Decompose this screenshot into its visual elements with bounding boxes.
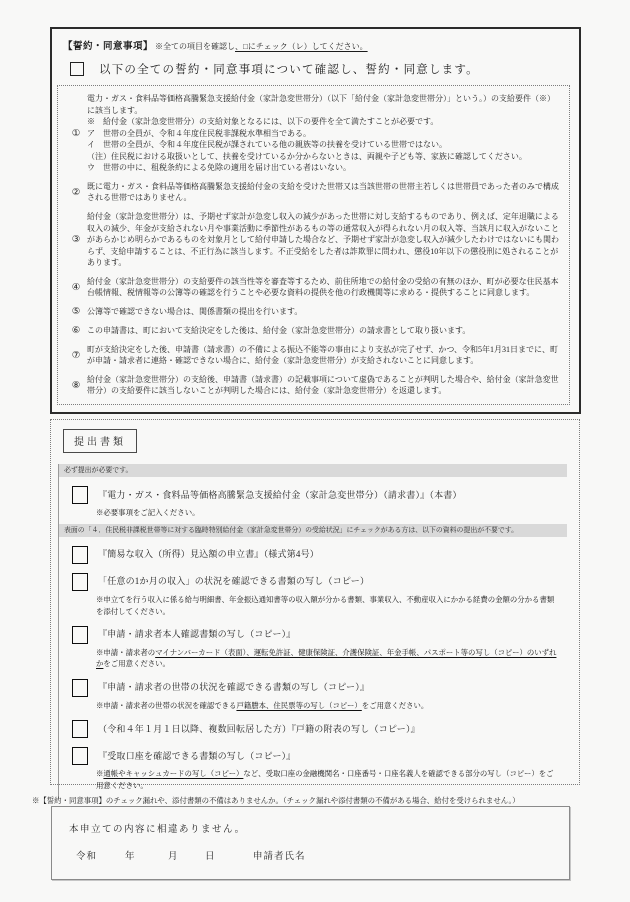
pledge-item-7: ⑦町が支給決定をした後、申請書（請求書）の不備による振込不能等の事由により支払が… [65,342,562,369]
pledge-item-text: 公簿等で確認できない場合は、関係書類の提出を行います。 [87,306,562,318]
document-checkbox[interactable] [72,679,88,697]
pledge-title: 【誓約・同意事項】 [63,42,153,52]
document-row: 「任意の1か月の収入」の状況を確認できる書類の写し（コピー） [72,573,563,591]
pledge-master-row: 以下の全ての誓約・同意事項について確認し、誓約・同意します。 [70,61,569,77]
document-item-2: 『簡易な収入（所得）見込額の申立書』（様式第4号） [63,546,563,564]
documents-checklist: 必ず提出が必要です。『電力・ガス・食料品等価格高騰緊急支援給付金（家計急変世帯分… [58,464,567,800]
declaration-date-row: 令和 年 月 日 申請者氏名 [52,848,569,866]
document-item-7: 『受取口座を確認できる書類の写し（コピー）』※通帳やキャッシュカードの写し（コピ… [63,747,563,791]
document-note: ※申請・請求者の世帯の状況を確認できる戸籍謄本、住民票等の写し（コピー）をご用意… [96,700,557,711]
document-row: 『簡易な収入（所得）見込額の申立書』（様式第4号） [72,546,563,564]
pledge-item-number: ② [65,187,87,198]
document-note: ※申立てを行う収入に係る給与明細書、年金振込通知書等の収入額が分かる書類、事業収… [96,594,557,617]
document-row: 『電力・ガス・食料品等価格高騰緊急支援給付金（家計急変世帯分）（請求書）』（本書… [72,486,563,504]
pledge-item-text: 給付金（家計急変世帯分）の支給要件の該当性等を審査等するため、前住所地での給付金… [87,276,562,299]
pledge-section: 【誓約・同意事項】 ※全ての項目を確認し、□にチェック（レ）してください。 以下… [50,27,581,414]
pledge-items-list: ①電力・ガス・食料品等価格高騰緊急支援給付金（家計急変世帯分）（以下「給付金（家… [57,85,570,405]
document-checkbox[interactable] [72,546,88,564]
document-row: （令和４年１月１日以降、複数回転居した方）『戸籍の附表の写し（コピー）』 [72,720,563,738]
pledge-item-number: ③ [65,234,87,245]
pledge-item-number: ⑤ [65,306,87,317]
declaration-section: 本申立ての内容に相違ありません。 令和 年 月 日 申請者氏名 [51,806,570,880]
document-label: 『申請・請求者本人確認書類の写し（コピー）』 [98,629,296,640]
era-label: 令和 [76,848,97,862]
declaration-statement: 本申立ての内容に相違ありません。 [69,821,246,835]
document-item-5: 『申請・請求者の世帯の状況を確認できる書類の写し（コピー）』※申請・請求者の世帯… [63,679,563,711]
document-item-1: 『電力・ガス・食料品等価格高騰緊急支援給付金（家計急変世帯分）（請求書）』（本書… [63,486,563,518]
pledge-item-text: 給付金（家計急変世帯分）の支給後、申請書（請求書）の記載事項について虚偽であるこ… [87,374,562,397]
document-checkbox[interactable] [72,626,88,644]
pledge-master-label: 以下の全ての誓約・同意事項について確認し、誓約・同意します。 [99,61,479,77]
day-label: 日 [205,848,216,862]
pledge-item-text: 給付金（家計急変世帯分）は、予期せず家計が急変し収入の減少があった世帯に対し支給… [87,211,562,269]
document-checkbox[interactable] [72,720,88,738]
documents-section-title: 提出書類 [63,429,137,453]
pledge-item-6: ⑥この申請書は、町において支給決定をした後は、給付金（家計急変世帯分）の請求書と… [65,323,562,339]
document-label: 『受取口座を確認できる書類の写し（コピー）』 [98,751,296,762]
pledge-item-text: 町が支給決定をした後、申請書（請求書）の不備による振込不能等の事由により支払が完… [87,344,562,367]
pledge-item-text: 既に電力・ガス・食料品等価格高騰緊急支援給付金の支給を受けた世帯又は当該世帯の世… [87,181,562,204]
pledge-instruction-underlined: 、□にチェック（レ）してください。 [235,42,368,51]
month-blank-field[interactable] [144,848,164,862]
document-label: 「任意の1か月の収入」の状況を確認できる書類の写し（コピー） [98,576,369,587]
checklist-section-bar: 必ず提出が必要です。 [59,464,567,477]
document-label: 『申請・請求者の世帯の状況を確認できる書類の写し（コピー）』 [98,682,369,693]
pledge-master-checkbox[interactable] [70,62,84,76]
document-checkbox[interactable] [72,486,88,504]
document-checkbox[interactable] [72,573,88,591]
pledge-item-number: ① [65,128,87,139]
pledge-item-8: ⑧給付金（家計急変世帯分）の支給後、申請書（請求書）の記載事項について虚偽である… [65,372,562,399]
day-blank-field[interactable] [186,848,202,862]
pledge-item-text: 電力・ガス・食料品等価格高騰緊急支援給付金（家計急変世帯分）（以下「給付金（家計… [87,93,562,174]
document-label: （令和４年１月１日以降、複数回転居した方）『戸籍の附表の写し（コピー）』 [98,724,420,735]
document-item-4: 『申請・請求者本人確認書類の写し（コピー）』※申請・請求者のマイナンバーカード（… [63,626,563,670]
pledge-item-5: ⑤公簿等で確認できない場合は、関係書類の提出を行います。 [65,304,562,320]
year-label: 年 [125,848,136,862]
month-label: 月 [168,848,179,862]
document-note: ※通帳やキャッシュカードの写し（コピー）など、受取口座の金融機関名・口座番号・口… [96,768,557,791]
document-row: 『申請・請求者本人確認書類の写し（コピー）』 [72,626,563,644]
document-note: ※申請・請求者のマイナンバーカード（表面）、運転免許証、健康保険証、介護保険証、… [96,647,557,670]
completeness-warning-note: ※【誓約・同意事項】のチェック漏れや、添付書類の不備はありませんか。（チェック漏… [32,795,598,806]
pledge-item-3: ③給付金（家計急変世帯分）は、予期せず家計が急変し収入の減少があった世帯に対し支… [65,209,562,271]
pledge-item-number: ⑥ [65,325,87,336]
pledge-section-heading: 【誓約・同意事項】 ※全ての項目を確認し、□にチェック（レ）してください。 [63,38,569,52]
pledge-item-number: ⑧ [65,380,87,391]
document-row: 『申請・請求者の世帯の状況を確認できる書類の写し（コピー）』 [72,679,563,697]
year-blank-field[interactable] [100,848,122,862]
document-item-3: 「任意の1か月の収入」の状況を確認できる書類の写し（コピー）※申立てを行う収入に… [63,573,563,617]
document-label: 『電力・ガス・食料品等価格高騰緊急支援給付金（家計急変世帯分）（請求書）』（本書… [98,490,462,501]
pledge-item-text: この申請書は、町において支給決定をした後は、給付金（家計急変世帯分）の請求書とし… [87,325,562,337]
pledge-item-1: ①電力・ガス・食料品等価格高騰緊急支援給付金（家計急変世帯分）（以下「給付金（家… [65,91,562,176]
pledge-item-2: ②既に電力・ガス・食料品等価格高騰緊急支援給付金の支給を受けた世帯又は当該世帯の… [65,179,562,206]
pledge-instruction: ※全ての項目を確認し [155,42,235,51]
checklist-section-bar: 表面の「４．住民税非課税世帯等に対する臨時特別給付金（家計急変世帯分）の受給状況… [59,524,567,537]
document-checkbox[interactable] [72,747,88,765]
application-form-page: { "pledge": { "title": "【誓約・同意事項】", "not… [0,0,630,902]
pledge-item-number: ④ [65,282,87,293]
document-label: 『簡易な収入（所得）見込額の申立書』（様式第4号） [98,549,319,560]
applicant-name-label: 申請者氏名 [253,848,306,862]
document-item-6: （令和４年１月１日以降、複数回転居した方）『戸籍の附表の写し（コピー）』 [63,720,563,738]
documents-section: 提出書類 必ず提出が必要です。『電力・ガス・食料品等価格高騰緊急支援給付金（家計… [50,419,580,785]
document-note: ※必要事項をご記入ください。 [96,507,557,518]
document-row: 『受取口座を確認できる書類の写し（コピー）』 [72,747,563,765]
pledge-item-4: ④給付金（家計急変世帯分）の支給要件の該当性等を審査等するため、前住所地での給付… [65,274,562,301]
pledge-item-number: ⑦ [65,350,87,361]
applicant-name-blank-field[interactable] [310,848,550,862]
